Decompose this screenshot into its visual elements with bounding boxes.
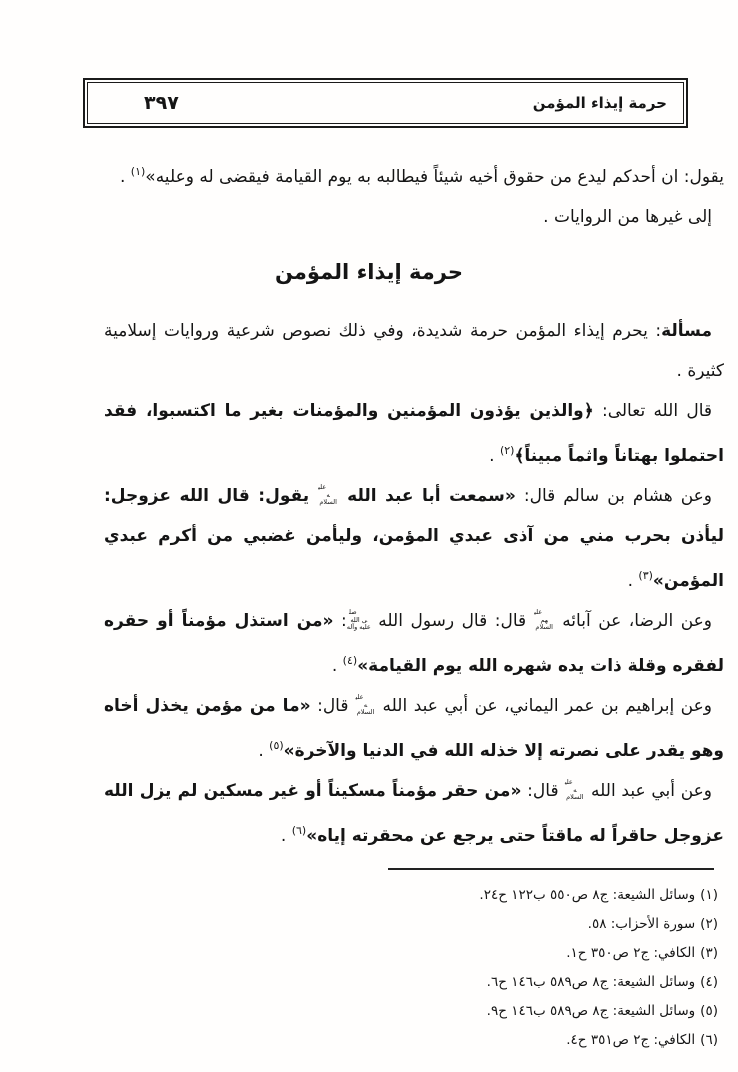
footnote-item-4: (٤)وسائل الشيعة: ج٨ ص٥٨٩ ب١٤٦ ح٦.: [104, 968, 718, 997]
running-head-box: حرمة إيذاء المؤمن ٣٩٧: [83, 78, 688, 128]
other-narrations-text: إلى غيرها من الروايات .: [543, 207, 712, 227]
paragraph-hadith-rida: وعن الرضا، عن آبائه عليهم السلام قال: قا…: [104, 601, 724, 686]
paragraph-masala: مسألة: يحرم إيذاء المؤمن حرمة شديدة، وفي…: [104, 311, 724, 391]
paragraph-other-narrations: إلى غيرها من الروايات .: [104, 197, 724, 237]
footnote-text: وسائل الشيعة: ج٨ ص٥٨٩ ب١٤٦ ح٦.: [487, 974, 696, 990]
footnote-item-1: (١)وسائل الشيعة: ج٨ ص٥٥٠ ب١٢٢ ح٢٤.: [104, 881, 718, 910]
honorific-seal-icon: عليهم السلام: [534, 609, 555, 631]
scanned-book-page: حرمة إيذاء المؤمن ٣٩٧ يقول: ان أحدكم ليد…: [0, 0, 738, 1072]
hadith-continuation-text: يقول: ان أحدكم ليدع من حقوق أخيه شيئاً ف…: [145, 167, 724, 187]
hadith-quote-start: «سمعت أبا عبد الله: [339, 486, 516, 506]
isnad-text: وعن هشام بن سالم قال:: [516, 486, 712, 506]
page-number: ٣٩٧: [144, 92, 179, 114]
honorific-seal-icon: عليه السلام: [564, 779, 585, 801]
footnote-marker: (٢): [700, 916, 718, 932]
footnote-ref-1: (١): [131, 165, 146, 178]
footnote-marker: (٥): [700, 1003, 718, 1019]
footnote-text: وسائل الشيعة: ج٨ ص٥٥٠ ب١٢٢ ح٢٤.: [479, 887, 695, 903]
footnote-ref-6: (٦): [292, 824, 307, 837]
masala-text: : يحرم إيذاء المؤمن حرمة شديدة، وفي ذلك …: [104, 321, 724, 381]
footnote-item-5: (٥)وسائل الشيعة: ج٨ ص٥٨٩ ب١٤٦ ح٩.: [104, 997, 718, 1026]
sentence-period: .: [628, 571, 639, 591]
isnad-text: :: [334, 611, 347, 631]
paragraph-hadith-ibrahim: وعن إبراهيم بن عمر اليماني، عن أبي عبد ا…: [104, 686, 724, 771]
footnote-ref-4: (٤): [343, 654, 358, 667]
footnote-item-3: (٣)الكافي: ج٢ ص٣٥٠ ح١.: [104, 939, 718, 968]
isnad-text: وعن إبراهيم بن عمر اليماني، عن أبي عبد ا…: [376, 696, 712, 716]
masala-lead: مسألة: [661, 321, 712, 341]
sentence-period: .: [281, 826, 292, 846]
isnad-text: قال:: [521, 781, 564, 801]
paragraph-hadith-hisham: وعن هشام بن سالم قال: «سمعت أبا عبد الله…: [104, 476, 724, 601]
sentence-period: .: [120, 167, 131, 187]
honorific-seal-icon: صلى الله عليه وآله: [347, 609, 371, 631]
footnote-marker: (٣): [700, 945, 718, 961]
footnote-item-2: (٢)سورة الأحزاب: ٥٨.: [104, 910, 718, 939]
footnote-marker: (٦): [700, 1032, 718, 1048]
sentence-period: .: [332, 656, 343, 676]
footnote-ref-5: (٥): [269, 739, 284, 752]
page-body-main: مسألة: يحرم إيذاء المؤمن حرمة شديدة، وفي…: [104, 311, 724, 856]
sentence-period: .: [489, 446, 500, 466]
footnote-marker: (١): [700, 887, 718, 903]
footnote-separator: [388, 868, 714, 870]
isnad-text: وعن أبي عبد الله: [585, 781, 712, 801]
footnote-item-6: (٦)الكافي: ج٢ ص٣٥١ ح٤.: [104, 1026, 718, 1055]
footnote-marker: (٤): [700, 974, 718, 990]
verse-intro: قال الله تعالى:: [594, 401, 712, 421]
footnotes-block: (١)وسائل الشيعة: ج٨ ص٥٥٠ ب١٢٢ ح٢٤. (٢)سو…: [104, 881, 718, 1055]
isnad-text: وعن الرضا، عن آبائه: [555, 611, 712, 631]
running-head-inner: حرمة إيذاء المؤمن ٣٩٧: [87, 82, 684, 124]
running-head-title: حرمة إيذاء المؤمن: [533, 94, 667, 112]
isnad-text: قال:: [311, 696, 355, 716]
paragraph-hadith-continuation: يقول: ان أحدكم ليدع من حقوق أخيه شيئاً ف…: [104, 152, 724, 197]
paragraph-quran-verse: قال الله تعالى: ﴿والذين يؤذون المؤمنين و…: [104, 391, 724, 476]
footnote-text: الكافي: ج٢ ص٣٥٠ ح١.: [566, 945, 695, 961]
sentence-period: .: [258, 741, 269, 761]
honorific-seal-icon: عليه السلام: [318, 484, 339, 506]
honorific-seal-icon: عليه السلام: [355, 694, 376, 716]
isnad-text: قال: قال رسول الله: [371, 611, 534, 631]
footnote-text: الكافي: ج٢ ص٣٥١ ح٤.: [566, 1032, 695, 1048]
paragraph-hadith-abu-abdillah: وعن أبي عبد الله عليه السلام قال: «من حق…: [104, 771, 724, 856]
footnote-ref-3: (٣): [638, 569, 653, 582]
footnote-text: سورة الأحزاب: ٥٨.: [588, 916, 696, 932]
section-heading: حرمة إيذاء المؤمن: [0, 255, 738, 289]
footnote-ref-2: (٢): [500, 444, 515, 457]
footnote-text: وسائل الشيعة: ج٨ ص٥٨٩ ب١٤٦ ح٩.: [487, 1003, 696, 1019]
